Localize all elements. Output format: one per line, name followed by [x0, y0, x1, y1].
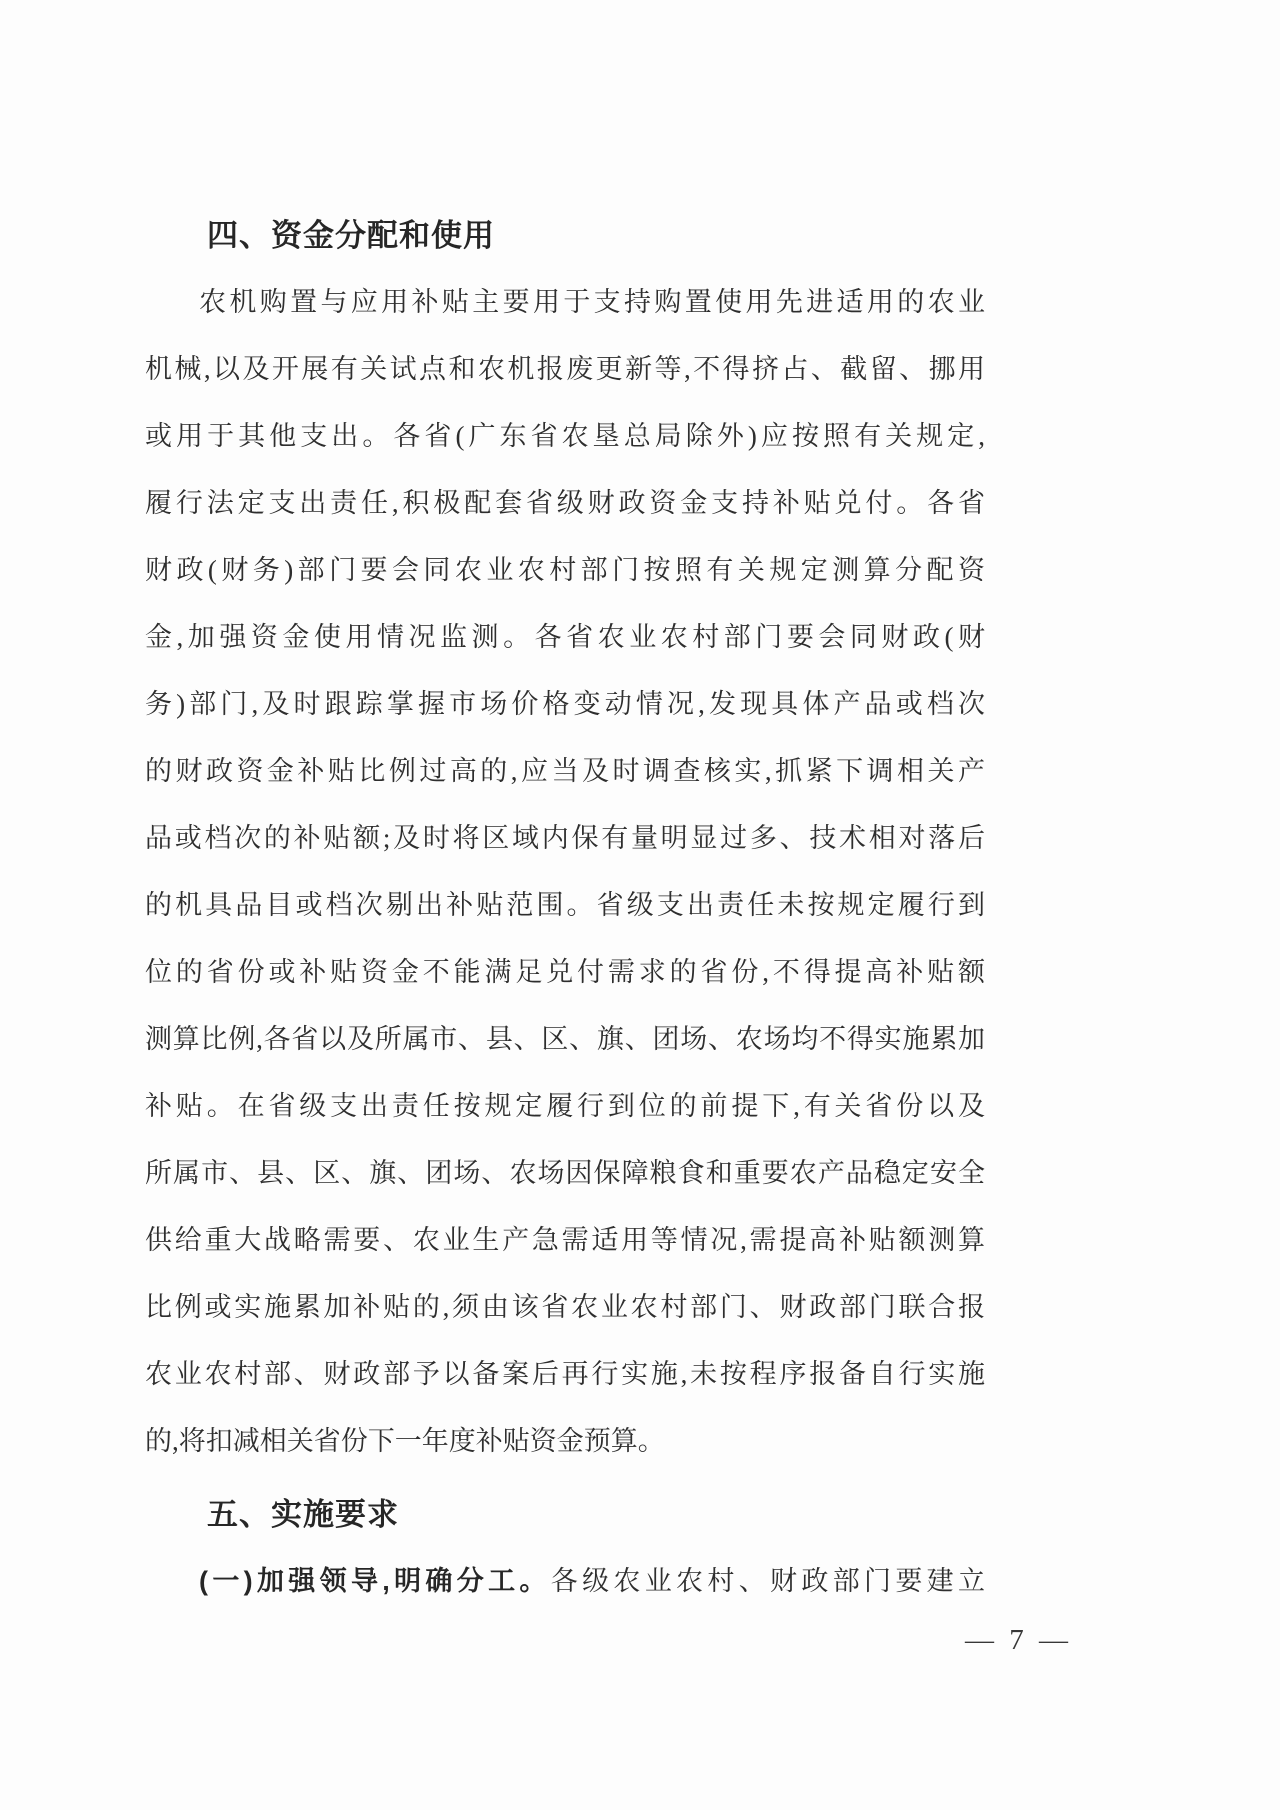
text-line: 补贴。在省级支出责任按规定履行到位的前提下,有关省份以及: [145, 1073, 985, 1140]
clause-1-bold-lead: (一)加强领导,明确分工。: [199, 1566, 551, 1596]
text-line: 的财政资金补贴比例过高的,应当及时调查核实,抓紧下调相关产: [145, 738, 985, 805]
document-text-block: 四、资金分配和使用 农机购置与应用补贴主要用于支持购置使用先进适用的农业 机械,…: [145, 202, 985, 1615]
text-line: 财政(财务)部门要会同农业农村部门按照有关规定测算分配资: [145, 537, 985, 604]
document-page: { "page": { "number": "— 7 —", "backgrou…: [0, 0, 1280, 1810]
text-line: 履行法定支出责任,积极配套省级财政资金支持补贴兑付。各省: [145, 470, 985, 537]
text-line: 农机购置与应用补贴主要用于支持购置使用先进适用的农业: [145, 269, 985, 336]
text-line: 机械,以及开展有关试点和农机报废更新等,不得挤占、截留、挪用: [145, 336, 985, 403]
text-line: 的,将扣减相关省份下一年度补贴资金预算。: [145, 1408, 985, 1475]
section-4-heading: 四、资金分配和使用: [145, 202, 985, 269]
clause-1-text: 各级农业农村、财政部门要建立: [551, 1566, 985, 1596]
text-line: 测算比例,各省以及所属市、县、区、旗、团场、农场均不得实施累加: [145, 1006, 985, 1073]
text-line: 位的省份或补贴资金不能满足兑付需求的省份,不得提高补贴额: [145, 939, 985, 1006]
text-line: 的机具品目或档次剔出补贴范围。省级支出责任未按规定履行到: [145, 872, 985, 939]
text-line: 品或档次的补贴额;及时将区域内保有量明显过多、技术相对落后: [145, 805, 985, 872]
section-5-heading: 五、实施要求: [145, 1481, 985, 1548]
page-number: — 7 —: [965, 1624, 1072, 1657]
text-line: 务)部门,及时跟踪掌握市场价格变动情况,发现具体产品或档次: [145, 671, 985, 738]
text-line: 农业农村部、财政部予以备案后再行实施,未按程序报备自行实施: [145, 1341, 985, 1408]
text-line: 金,加强资金使用情况监测。各省农业农村部门要会同财政(财: [145, 604, 985, 671]
text-line: 比例或实施累加补贴的,须由该省农业农村部门、财政部门联合报: [145, 1274, 985, 1341]
text-line: 所属市、县、区、旗、团场、农场因保障粮食和重要农产品稳定安全: [145, 1140, 985, 1207]
text-line: 或用于其他支出。各省(广东省农垦总局除外)应按照有关规定,: [145, 403, 985, 470]
text-line: 供给重大战略需要、农业生产急需适用等情况,需提高补贴额测算: [145, 1207, 985, 1274]
clause-line: (一)加强领导,明确分工。各级农业农村、财政部门要建立: [145, 1548, 985, 1615]
